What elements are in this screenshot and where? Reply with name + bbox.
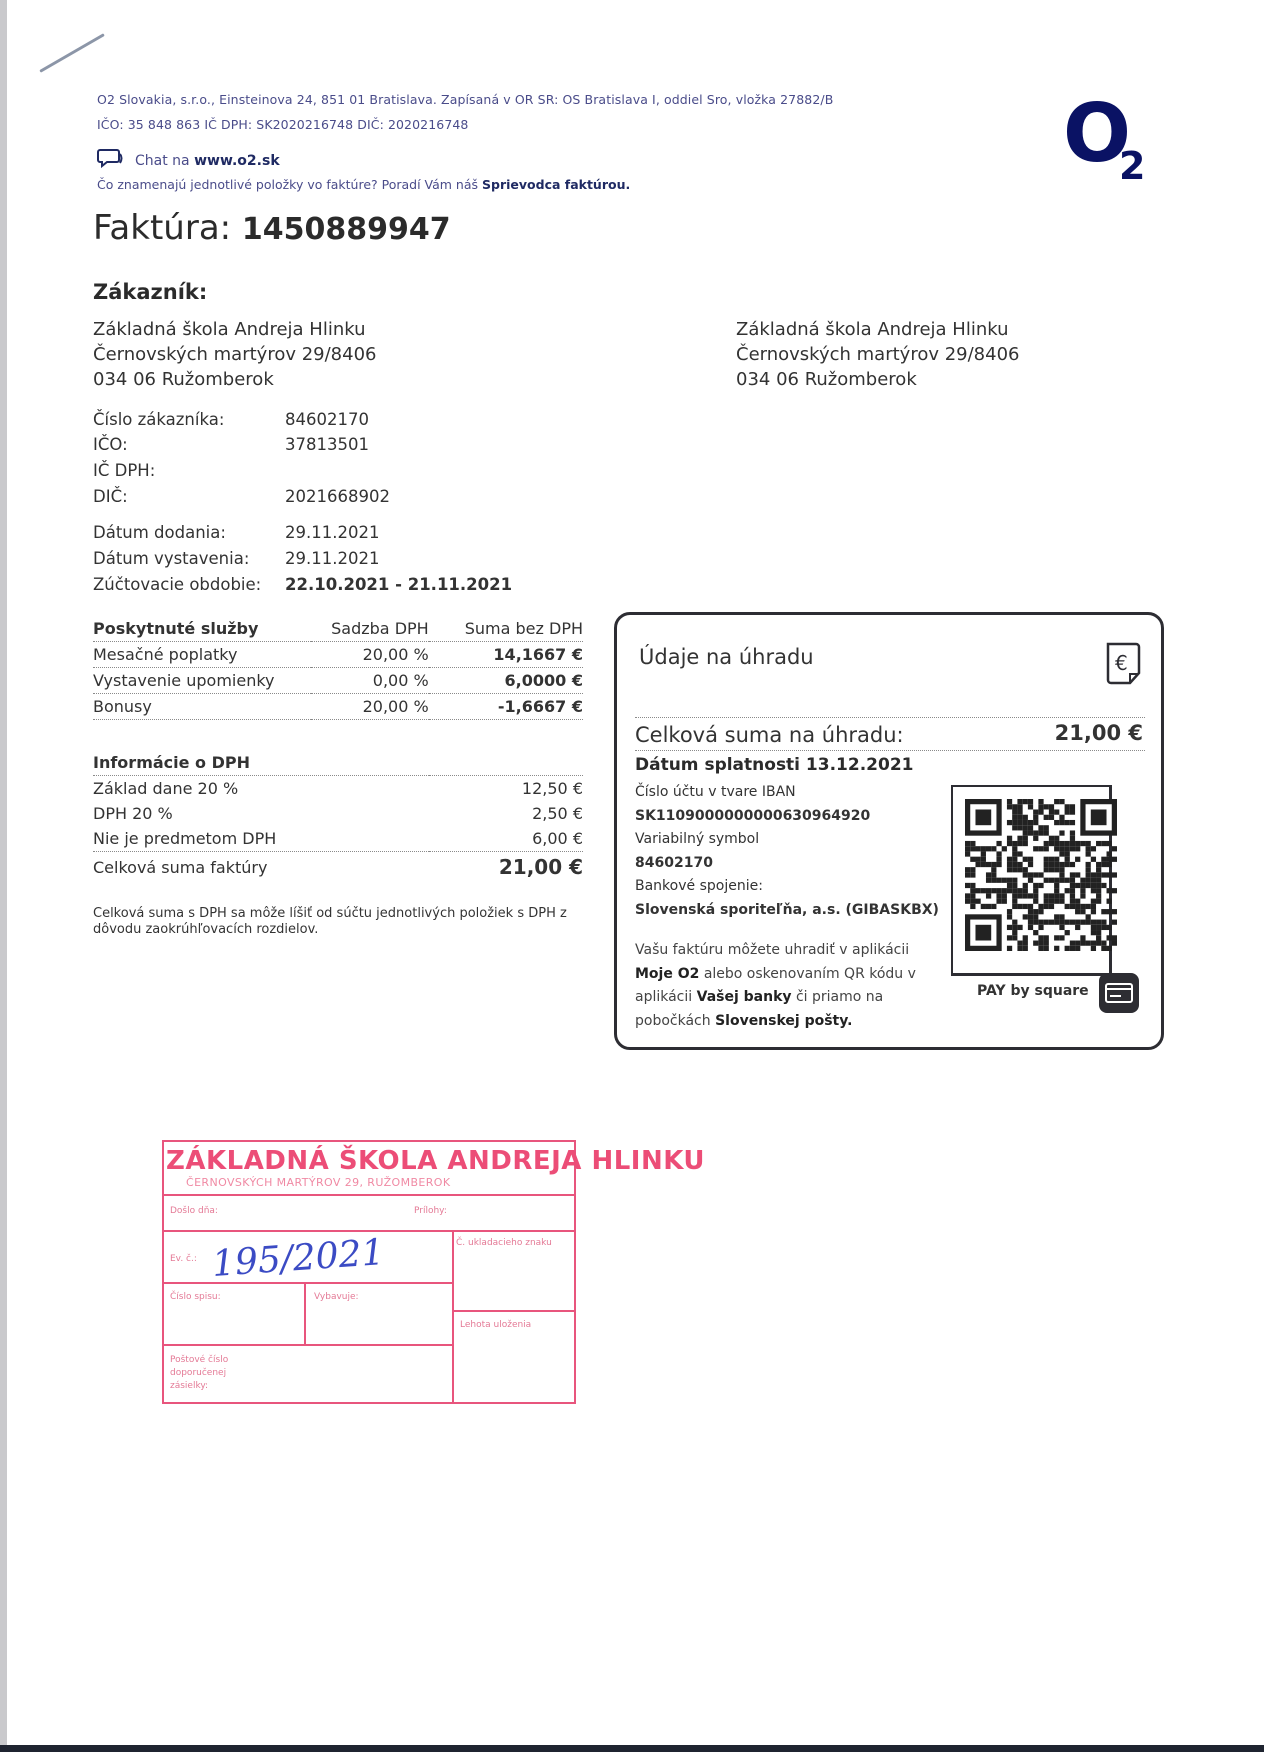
staple-mark (39, 33, 105, 73)
detail-row: IČ DPH: (93, 461, 155, 480)
detail-label: DIČ: (93, 487, 128, 506)
address-line: Základná škola Andreja Hlinku (736, 317, 1019, 342)
detail-row: IČO:37813501 (93, 435, 128, 454)
invoice-title: Faktúra: 1450889947 (93, 208, 451, 248)
service-amount: 6,0000 € (429, 668, 583, 694)
divider (635, 717, 1145, 718)
pay-by-square-label: PAY by square (977, 983, 1089, 999)
guide-link[interactable]: Sprievodca faktúrou. (482, 177, 630, 192)
address-line: 034 06 Ružomberok (93, 367, 376, 392)
detail-label: IČO: (93, 435, 128, 454)
invoice-total-label: Celková suma faktúry (93, 852, 429, 883)
chat-row: Chat na www.o2.sk (97, 148, 280, 174)
rounding-note: Celková suma s DPH sa môže líšiť od súčt… (93, 906, 583, 938)
stamp-file-label: Číslo spisu: (170, 1292, 221, 1302)
detail-row: DIČ:2021668902 (93, 487, 128, 506)
company-info-line-1: O2 Slovakia, s.r.o., Einsteinova 24, 851… (97, 92, 833, 107)
invoice-total-value: 21,00 € (429, 852, 583, 883)
address-line: 034 06 Ružomberok (736, 367, 1019, 392)
stamp-attachments-label: Prílohy: (414, 1206, 447, 1216)
stamp-received-label: Došlo dňa: (170, 1206, 218, 1216)
address-line: Základná škola Andreja Hlinku (93, 317, 376, 342)
payment-card-icon (1099, 973, 1139, 1017)
info-text: Vašu faktúru môžete uhradiť v aplikácii (635, 942, 909, 958)
col-header-service: Poskytnuté služby (93, 616, 311, 642)
service-name: Vystavenie upomienky (93, 668, 311, 694)
info-app: Moje O2 (635, 966, 699, 982)
iban-label: Číslo účtu v tvare IBAN (635, 781, 945, 805)
due-date: Dátum splatnosti 13.12.2021 (635, 755, 913, 775)
address-line: Černovských martýrov 29/8406 (736, 342, 1019, 367)
payment-total-label: Celková suma na úhradu: (635, 723, 904, 747)
address-line: Černovských martýrov 29/8406 (93, 342, 376, 367)
vat-info-heading: Informácie o DPH (93, 750, 583, 776)
scan-edge-left (0, 0, 7, 1752)
detail-row: Číslo zákazníka:84602170 (93, 410, 224, 429)
detail-value: 22.10.2021 - 21.11.2021 (285, 575, 512, 594)
info-bank: Vašej banky (697, 989, 792, 1005)
bank-details: Číslo účtu v tvare IBAN SK11090000000006… (635, 781, 945, 922)
col-header-vat-rate: Sadzba DPH (311, 616, 428, 642)
chat-prefix: Chat na (135, 153, 190, 169)
services-header-row: Poskytnuté služby Sadzba DPH Suma bez DP… (93, 616, 583, 642)
customer-address: Základná škola Andreja Hlinku Černovskýc… (93, 317, 376, 392)
guide-line: Čo znamenajú jednotlivé položky vo faktú… (97, 177, 630, 192)
customer-heading: Zákazník: (93, 280, 207, 304)
detail-value: 37813501 (285, 435, 369, 454)
service-amount: 14,1667 € (429, 642, 583, 668)
detail-label: Dátum vystavenia: (93, 549, 249, 568)
detail-label: Zúčtovacie obdobie: (93, 575, 261, 594)
registry-stamp: ZÁKLADNÁ ŠKOLA ANDREJA HLINKU ČERNOVSKÝC… (162, 1140, 576, 1404)
o2-logo: O 2 (1063, 94, 1163, 194)
vs-label: Variabilný symbol (635, 828, 945, 852)
detail-value: 84602170 (285, 410, 369, 429)
detail-row: Zúčtovacie obdobie:22.10.2021 - 21.11.20… (93, 575, 261, 594)
table-row: Bonusy 20,00 % -1,6667 € (93, 694, 583, 720)
service-name: Mesačné poplatky (93, 642, 311, 668)
payment-info: Vašu faktúru môžete uhradiť v aplikácii … (635, 939, 935, 1033)
table-row: Mesačné poplatky 20,00 % 14,1667 € (93, 642, 583, 668)
invoice-title-label: Faktúra: (93, 208, 231, 248)
svg-text:€: € (1115, 651, 1128, 675)
detail-label: Dátum dodania: (93, 523, 226, 542)
euro-document-icon: € (1103, 641, 1143, 691)
detail-value: 29.11.2021 (285, 523, 379, 542)
bank-value: Slovenská sporiteľňa, a.s. (GIBASKBX) (635, 899, 945, 923)
col-header-amount: Suma bez DPH (429, 616, 583, 642)
logo-2: 2 (1119, 144, 1145, 188)
vat-label: DPH 20 % (93, 801, 429, 826)
invoice-total-row: Celková suma faktúry 21,00 € (93, 852, 583, 883)
guide-text: Čo znamenajú jednotlivé položky vo faktú… (97, 177, 478, 192)
detail-label: IČ DPH: (93, 461, 155, 480)
stamp-title: ZÁKLADNÁ ŠKOLA ANDREJA HLINKU (166, 1146, 705, 1176)
vs-value: 84602170 (635, 852, 945, 876)
vat-label: Nie je predmetom DPH (93, 826, 429, 852)
detail-label: Číslo zákazníka: (93, 410, 224, 429)
service-amount: -1,6667 € (429, 694, 583, 720)
stamp-side-label: Lehota uloženia (460, 1320, 570, 1330)
service-rate: 0,00 % (311, 668, 428, 694)
handwritten-reg-number: 195/2021 (211, 1232, 386, 1285)
stamp-post-label: Poštové číslo doporučenej zásielky: (170, 1354, 250, 1393)
table-row: Vystavenie upomienky 0,00 % 6,0000 € (93, 668, 583, 694)
vat-value: 2,50 € (429, 801, 583, 826)
payment-title: Údaje na úhradu (639, 645, 814, 669)
vat-value: 6,00 € (429, 826, 583, 852)
detail-value: 2021668902 (285, 487, 390, 506)
invoice-number: 1450889947 (242, 212, 451, 247)
vat-value: 12,50 € (429, 776, 583, 802)
bank-label: Bankové spojenie: (635, 875, 945, 899)
scan-edge-bottom (0, 1745, 1264, 1752)
services-table: Poskytnuté služby Sadzba DPH Suma bez DP… (93, 616, 583, 720)
service-name: Bonusy (93, 694, 311, 720)
detail-row: Dátum dodania:29.11.2021 (93, 523, 226, 542)
divider (635, 750, 1145, 751)
detail-row: Dátum vystavenia:29.11.2021 (93, 549, 249, 568)
qr-code (965, 799, 1117, 951)
company-info-line-2: IČO: 35 848 863 IČ DPH: SK2020216748 DIČ… (97, 117, 468, 132)
stamp-handled-label: Vybavuje: (314, 1292, 359, 1302)
vat-label: Základ dane 20 % (93, 776, 429, 802)
stamp-side-label: Č. ukladacieho znaku (456, 1238, 552, 1248)
stamp-reg-label: Ev. č.: (170, 1254, 197, 1264)
table-row: Nie je predmetom DPH 6,00 € (93, 826, 583, 852)
service-rate: 20,00 % (311, 642, 428, 668)
detail-value: 29.11.2021 (285, 549, 379, 568)
info-post: Slovenskej pošty. (715, 1013, 852, 1029)
service-rate: 20,00 % (311, 694, 428, 720)
iban-value: SK1109000000000630964920 (635, 805, 945, 829)
payment-box: Údaje na úhradu € Celková suma na úhradu… (614, 612, 1164, 1050)
stamp-subtitle: ČERNOVSKÝCH MARTÝROV 29, RUŽOMBEROK (186, 1176, 450, 1189)
chat-link[interactable]: www.o2.sk (194, 153, 280, 169)
qr-frame (951, 785, 1112, 976)
vat-info-table: Informácie o DPH Základ dane 20 % 12,50 … (93, 750, 583, 882)
table-row: DPH 20 % 2,50 € (93, 801, 583, 826)
chat-bubble-icon (97, 148, 123, 174)
table-row: Základ dane 20 % 12,50 € (93, 776, 583, 802)
mailing-address: Základná škola Andreja Hlinku Černovskýc… (736, 317, 1019, 392)
payment-total-value: 21,00 € (1055, 721, 1143, 745)
